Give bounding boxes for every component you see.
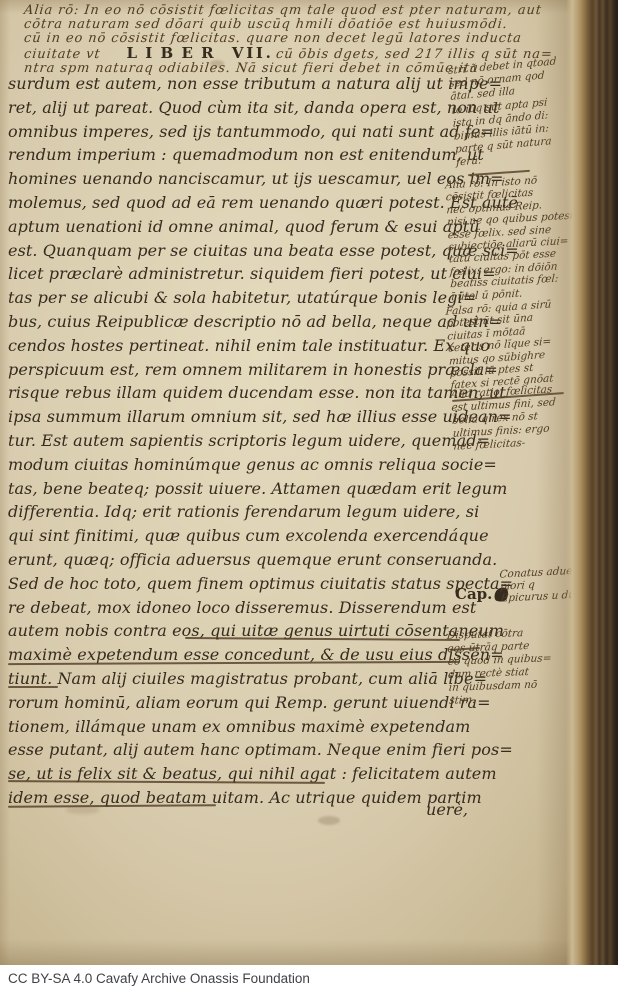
book-title: LIBER — [126, 46, 221, 60]
print-line: re debeat, mox idoneo loco disseremus. D… — [8, 596, 464, 620]
print-line: modum ciuitas hominúmque genus ac omnis … — [8, 453, 464, 477]
hand-underline — [8, 686, 58, 688]
print-line: homines uenando nanciscamur, ut ijs uesc… — [8, 167, 464, 191]
print-line: molemus, sed quod ad eā rem uenando quær… — [8, 191, 464, 215]
print-line: risque rebus illam quidem ducendam esse.… — [8, 381, 464, 405]
book-number: VII. — [232, 46, 274, 60]
printed-text-block: surdum est autem, non esse tributum a na… — [8, 72, 464, 810]
print-line: bus, cuius Reipublicæ descriptio nō ad b… — [8, 310, 464, 334]
book-page-scan: Alia rō: In eo nō cōsistit fœlicitas qm … — [0, 0, 618, 992]
print-line: erunt, quæq; officia aduersus quemque er… — [8, 548, 464, 572]
print-line: cendos hostes pertineat. nihil enim tale… — [8, 334, 464, 358]
print-line: aptum uenationi id omne animal, quod fer… — [8, 215, 464, 239]
ink-smudge — [318, 816, 340, 825]
license-text: CC BY-SA 4.0 Cavafy Archive Onassis Foun… — [8, 971, 310, 986]
top-marginalia-line: ciuitate vt — [23, 48, 101, 62]
license-bar: CC BY-SA 4.0 Cavafy Archive Onassis Foun… — [0, 965, 618, 992]
page-paper: Alia rō: In eo nō cōsistit fœlicitas qm … — [0, 0, 618, 965]
print-line: Sed de hoc toto, quem finem optimus ciui… — [8, 572, 464, 596]
print-line: surdum est autem, non esse tributum a na… — [8, 72, 464, 96]
ink-smudge — [66, 806, 100, 814]
top-marginalia-line: cōtra naturam sed dōari quib uscūq hmili… — [23, 18, 604, 32]
print-line: perspicuum est, rem omnem militarem in h… — [8, 358, 464, 382]
ink-smudge — [210, 60, 224, 67]
print-line: licet præclarè administretur. siquidem f… — [8, 262, 464, 286]
print-line: rendum imperium : quemadmodum non est en… — [8, 143, 464, 167]
print-line: tionem, illámque unam ex omnibus maximè … — [8, 715, 464, 739]
catchword: uerè, — [398, 800, 468, 819]
print-line: qui sint finitimi, quæ quibus cum excole… — [8, 524, 464, 548]
print-line: tas, bene beateq; possit uiuere. Attamen… — [8, 477, 464, 501]
print-line: rorum hominū, aliam eorum qui Remp. geru… — [8, 691, 464, 715]
print-line: esse putant, alij autem hanc optimam. Ne… — [8, 738, 464, 762]
book-binding-edge — [566, 0, 618, 965]
print-line: tiunt. Nam alij ciuiles magistratus prob… — [8, 667, 464, 691]
print-line: omnibus imperes, sed ijs tantummodo, qui… — [8, 120, 464, 144]
print-line: ipsa summum illarum omnium sit, sed hæ i… — [8, 405, 464, 429]
print-line: differentia. Idq; erit rationis ferendar… — [8, 500, 464, 524]
cap-label: Cap. — [455, 585, 492, 603]
print-line: ret, alij ut pareat. Quod cùm ita sit, d… — [8, 96, 464, 120]
top-marginalia-line: Alia rō: In eo nō cōsistit fœlicitas qm … — [23, 4, 604, 18]
print-line: tas per se alicubi & sola habitetur, uta… — [8, 286, 464, 310]
print-line: est. Quanquam per se ciuitas una beata e… — [8, 239, 464, 263]
print-line: tur. Est autem sapientis scriptoris legu… — [8, 429, 464, 453]
top-marginalia-line: cū in eo nō cōsistit fœlicitas. quare no… — [23, 32, 604, 46]
